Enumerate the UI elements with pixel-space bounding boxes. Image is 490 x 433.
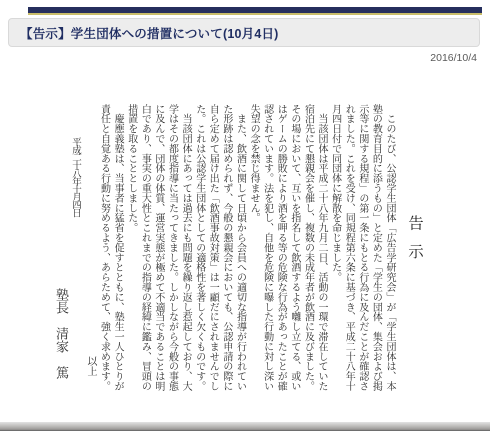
doc-column: に及んで、団体の体質、運営実態が極めて不適当であることは明 — [151, 104, 165, 402]
page-title: 【告示】学生団体への措置について(10月4日) — [9, 24, 279, 42]
doc-column: 学はその都度指導に当たってきました。しかしながら今般の事態 — [165, 104, 179, 402]
notice-signature: 塾長 清家 篤 — [51, 288, 69, 379]
doc-column: はゲームの勝敗により酒を呷る等の危険な行為があったことが確 — [274, 104, 288, 402]
doc-column: 示等に関する規程」の第一条にもとる行為に及んだことが確認さ — [355, 104, 369, 402]
notice-closing: 以上 — [83, 356, 97, 376]
doc-column: 当該団体にあっては過去にも問題を繰り返し惹起しており、大 — [179, 104, 193, 402]
notice-body: このたび、公認学生団体「広告学研究会」が「学生団体は、本 塾の教育目的に添うもの… — [97, 104, 396, 402]
doc-column: このたび、公認学生団体「広告学研究会」が「学生団体は、本 — [382, 104, 396, 402]
header-accent-line — [28, 13, 482, 15]
doc-column: 自ら定めて届け出た「飲酒事故対策」は一顧だにされませんでし — [206, 104, 220, 402]
doc-column: れました。これを受け、同規程第六条に基づき、平成二十八年十 — [342, 104, 356, 402]
doc-column: た形跡は認められず、今般の懇親会においても、公認申請の際に — [219, 104, 233, 402]
notice-heading: 告示 — [404, 215, 425, 272]
doc-column: 月四日付で同団体に解散を命じました。 — [328, 104, 342, 402]
page-title-bar: 【告示】学生団体への措置について(10月4日) — [8, 18, 480, 47]
doc-column: 当該団体は平成二十八年九月二日、活動の一環で滞在していた — [314, 104, 328, 402]
posted-date: 2016/10/4 — [430, 52, 477, 64]
doc-column: 認されています。法を犯し、自他を危険に曝した行動に対し深い — [260, 104, 274, 402]
doc-column: 責任と自覚ある行動に努めるよう、あらためて、強く求めます。 — [97, 104, 111, 402]
doc-column: た。これは公認学生団体としての適格性を著しく欠くものです。 — [192, 104, 206, 402]
horizontal-scrollbar[interactable] — [0, 422, 490, 431]
doc-column: また、飲酒に関して日頃から会員への適切な指導が行われてい — [233, 104, 247, 402]
doc-column: その場において、互いを指名して飲酒するよう囃し立てる、或い — [287, 104, 301, 402]
doc-column: 塾の教育目的に添うもの」と定めた「学生の団体、集会および掲 — [369, 104, 383, 402]
notice-date: 平成二十八年十月四日 — [68, 137, 82, 216]
doc-column: 失望の念を禁じ得ません。 — [246, 104, 260, 402]
notice-document: 告示 このたび、公認学生団体「広告学研究会」が「学生団体は、本 塾の教育目的に添… — [0, 68, 490, 420]
doc-column: 慶應義塾は、当事者に猛省を促すとともに、塾生一人ひとりが — [111, 104, 125, 402]
doc-column: 措置を取ることとしました。 — [124, 104, 138, 402]
doc-column: 白であり、事実の重大性とこれまでの指導の経緯に鑑み、冒頭の — [138, 104, 152, 402]
doc-column: 宿泊先にて懇親会を催し、複数の未成年者が飲酒に及びました。 — [301, 104, 315, 402]
